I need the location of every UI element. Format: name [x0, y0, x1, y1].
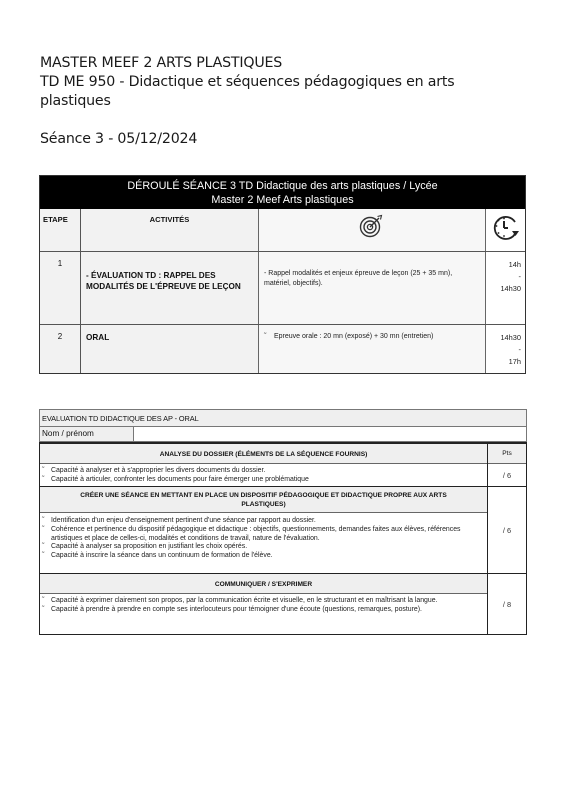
section-heading: CRÉER UNE SÉANCE EN METTANT EN PLACE UN …	[40, 487, 487, 513]
criterion: ˜Capacité à inscrire la séance dans un c…	[42, 552, 483, 561]
evaluation-table: EVALUATION TD DIDACTIQUE DES AP - ORAL N…	[39, 409, 527, 635]
criterion: ˜Identification d'un enjeu d'enseignemen…	[42, 517, 483, 526]
criterion: ˜Capacité à analyser et à s'approprier l…	[42, 467, 483, 476]
section-points[interactable]: / 8	[488, 574, 526, 634]
course-title: TD ME 950 - Didactique et séquences péda…	[40, 73, 510, 111]
time-separator: -	[486, 344, 521, 356]
name-field[interactable]	[134, 427, 526, 441]
session-date: Séance 3 - 05/12/2024	[40, 130, 510, 149]
evaluation-section: COMMUNIQUER / S'EXPRIMER ˜Capacité à exp…	[40, 573, 526, 634]
time-separator: -	[486, 271, 521, 283]
row-etape: 1	[40, 252, 81, 324]
evaluation-title: EVALUATION TD DIDACTIQUE DES AP - ORAL	[39, 409, 527, 427]
schedule-table-title: DÉROULÉ SÉANCE 3 TD Didactique des arts …	[40, 176, 525, 209]
col-header-time	[486, 209, 525, 251]
criterion: ˜Capacité à prendre à prendre en compte …	[42, 606, 483, 615]
schedule-row: 2 ORAL ˜Epreuve orale : 20 mn (exposé) +…	[40, 324, 525, 373]
name-label: Nom / prénom	[40, 427, 134, 441]
row-time: 14h30 - 17h	[486, 325, 525, 373]
section-heading: COMMUNIQUER / S'EXPRIMER	[40, 574, 487, 594]
points-header: Pts	[488, 444, 526, 464]
bullet: ˜	[264, 332, 274, 342]
criterion: ˜Capacité à analyser sa proposition en j…	[42, 543, 483, 552]
row-activite: ORAL	[81, 325, 259, 373]
evaluation-section: ANALYSE DU DOSSIER (ÉLÉMENTS DE LA SÉQUE…	[40, 444, 526, 486]
schedule-column-headers: ETAPE ACTIVITÉS	[40, 209, 525, 251]
criterion: ˜Capacité à exprimer clairement son prop…	[42, 597, 483, 606]
target-icon	[359, 214, 385, 251]
section-heading: ANALYSE DU DOSSIER (ÉLÉMENTS DE LA SÉQUE…	[40, 444, 487, 464]
col-header-objectives	[259, 209, 486, 251]
criterion: ˜Capacité à articuler, confronter les do…	[42, 476, 483, 485]
section-points[interactable]: / 6	[488, 464, 526, 486]
evaluation-grid: ANALYSE DU DOSSIER (ÉLÉMENTS DE LA SÉQUE…	[39, 442, 527, 635]
evaluation-section: CRÉER UNE SÉANCE EN METTANT EN PLACE UN …	[40, 486, 526, 573]
document-heading: MASTER MEEF 2 ARTS PLASTIQUES TD ME 950 …	[40, 54, 510, 149]
time-end: 17h	[486, 356, 521, 368]
row-time: 14h - 14h30	[486, 252, 525, 324]
clock-icon	[491, 213, 521, 251]
row-objectif-text: Epreuve orale : 20 mn (exposé) + 30 mn (…	[274, 333, 433, 340]
col-header-activites: ACTIVITÉS	[81, 209, 259, 251]
program-title: MASTER MEEF 2 ARTS PLASTIQUES	[40, 54, 510, 73]
name-row: Nom / prénom	[39, 427, 527, 442]
schedule-row: 1 - ÉVALUATION TD : RAPPEL DES MODALITÉS…	[40, 251, 525, 324]
row-activite: - ÉVALUATION TD : RAPPEL DES MODALITÉS D…	[81, 252, 259, 324]
row-objectif: - Rappel modalités et enjeux épreuve de …	[259, 252, 486, 324]
criterion: ˜Cohérence et pertinence du dispositif p…	[42, 526, 483, 544]
section-criteria: ˜Capacité à analyser et à s'approprier l…	[40, 464, 487, 486]
section-criteria: ˜Identification d'un enjeu d'enseignemen…	[40, 513, 487, 573]
schedule-title-line1: DÉROULÉ SÉANCE 3 TD Didactique des arts …	[40, 179, 525, 193]
time-start: 14h30	[486, 332, 521, 344]
schedule-table: DÉROULÉ SÉANCE 3 TD Didactique des arts …	[39, 175, 526, 374]
time-end: 14h30	[486, 283, 521, 295]
row-objectif: ˜Epreuve orale : 20 mn (exposé) + 30 mn …	[259, 325, 486, 373]
col-header-etape: ETAPE	[40, 209, 81, 251]
schedule-title-line2: Master 2 Meef Arts plastiques	[40, 193, 525, 207]
row-etape: 2	[40, 325, 81, 373]
section-criteria: ˜Capacité à exprimer clairement son prop…	[40, 594, 487, 634]
time-start: 14h	[486, 259, 521, 271]
section-points[interactable]: / 6	[488, 487, 526, 573]
